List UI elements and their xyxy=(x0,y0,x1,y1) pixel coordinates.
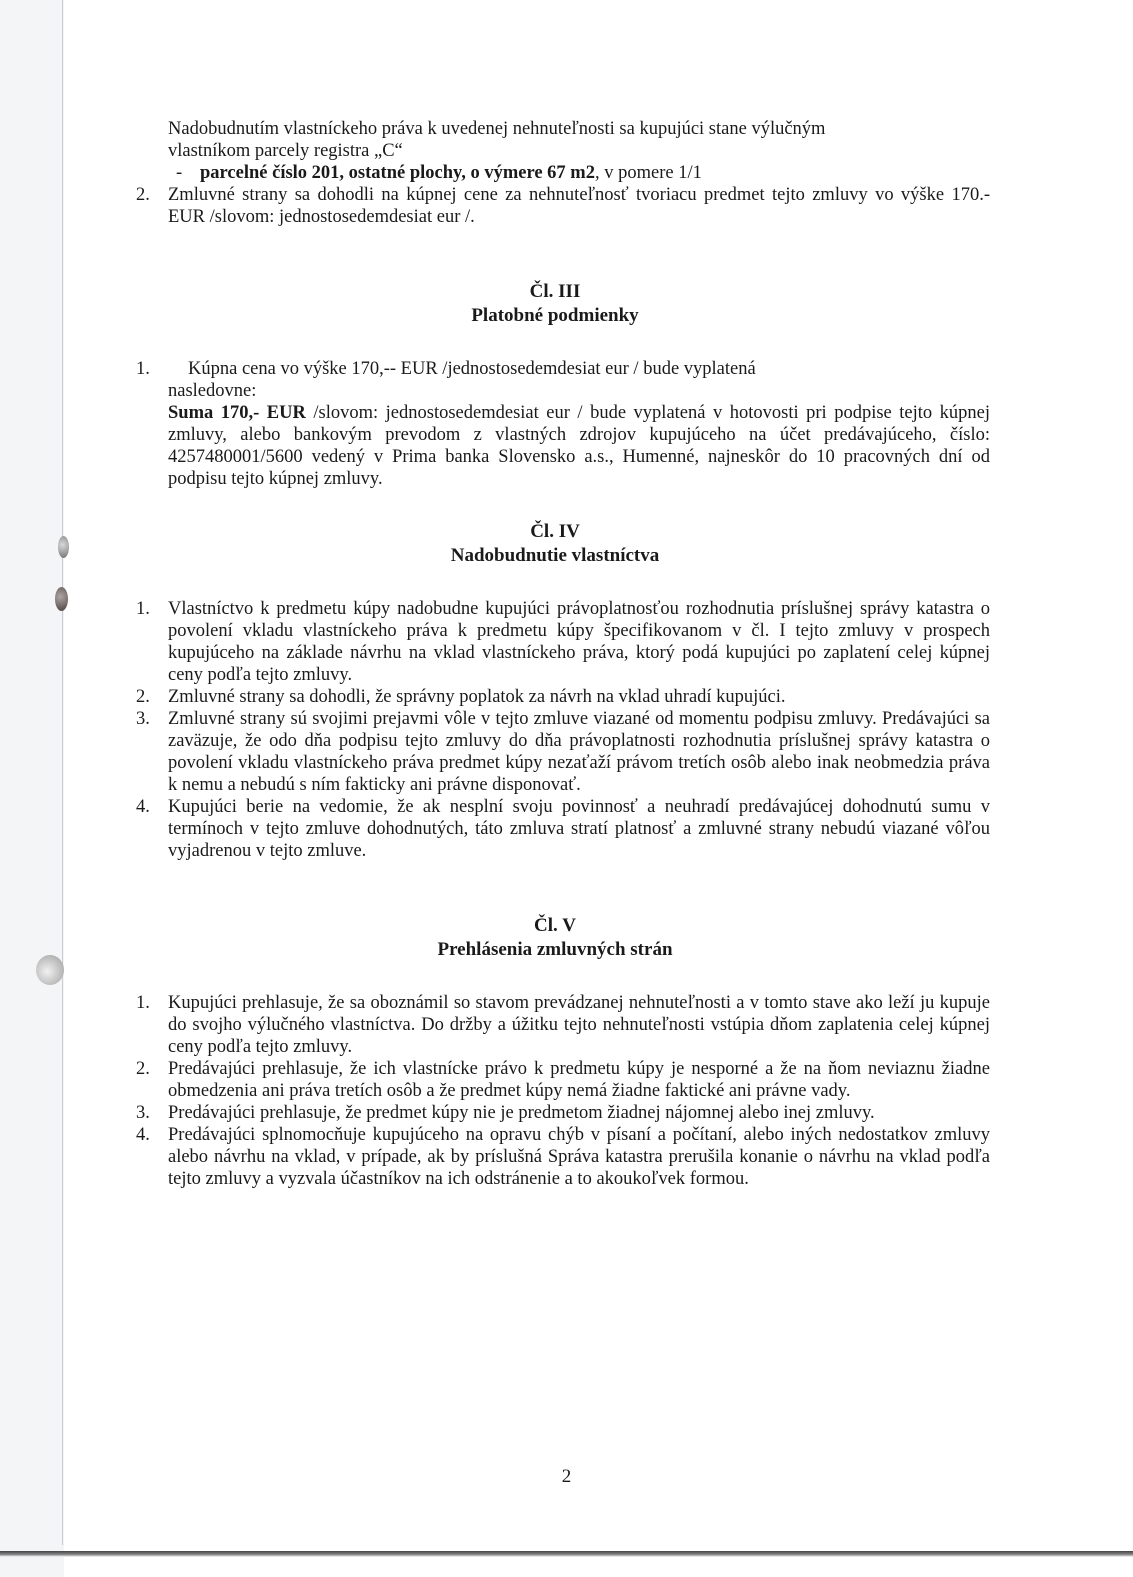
list-item: 2. Predávajúci prehlasuje, že ich vlastn… xyxy=(120,1058,990,1102)
item-number: 2. xyxy=(136,1058,150,1080)
item-text: Predávajúci splnomocňuje kupujúceho na o… xyxy=(168,1125,990,1189)
intro-line: Nadobudnutím vlastníckeho práva k uveden… xyxy=(120,118,990,140)
article-number: Čl. IV xyxy=(120,520,990,544)
article-number: Čl. III xyxy=(120,280,990,304)
section-4-list: 1. Vlastníctvo k predmetu kúpy nadobudne… xyxy=(120,598,990,862)
scan-left-margin xyxy=(0,0,64,1577)
item-text: Zmluvné strany sa dohodli, že správny po… xyxy=(168,687,786,707)
section-5-list: 1. Kupujúci prehlasuje, že sa oboznámil … xyxy=(120,992,990,1190)
item-text: Kupujúci berie na vedomie, že ak nesplní… xyxy=(168,797,990,861)
item-number: 1. xyxy=(136,992,150,1014)
list-item: 2. Zmluvné strany sa dohodli, že správny… xyxy=(120,686,990,708)
paper-edge-line xyxy=(62,0,63,1545)
item-number: 3. xyxy=(136,708,150,730)
list-item: 1. Vlastníctvo k predmetu kúpy nadobudne… xyxy=(120,598,990,686)
payment-clause: 1. Kúpna cena vo výške 170,-- EUR /jedno… xyxy=(120,358,990,490)
punch-hole-mark xyxy=(58,536,69,558)
price-clause: 2. Zmluvné strany sa dohodli na kúpnej c… xyxy=(120,184,990,228)
item-number: 1. xyxy=(136,358,150,380)
intro-paragraph: Nadobudnutím vlastníckeho práva k uveden… xyxy=(120,118,990,184)
item-number: 1. xyxy=(136,598,150,620)
item-number: 4. xyxy=(136,1124,150,1146)
item-text: Vlastníctvo k predmetu kúpy nadobudne ku… xyxy=(168,599,990,685)
paper-bottom-edge xyxy=(0,1551,1133,1557)
payment-line: Kúpna cena vo výške 170,-- EUR /jednosto… xyxy=(168,358,990,380)
item-text: Zmluvné strany sa dohodli na kúpnej cene… xyxy=(168,185,990,227)
item-text: Predávajúci prehlasuje, že predmet kúpy … xyxy=(168,1103,875,1123)
article-title: Nadobudnutie vlastníctva xyxy=(120,544,990,568)
parcel-details: parcelné číslo 201, ostatné plochy, o vý… xyxy=(200,163,595,183)
payment-sum: Suma 170,- EUR xyxy=(168,403,306,423)
document-page: Nadobudnutím vlastníckeho práva k uveden… xyxy=(120,118,990,1190)
item-text: Predávajúci prehlasuje, že ich vlastníck… xyxy=(168,1059,990,1101)
item-number: 2. xyxy=(136,686,150,708)
list-item: 1. Kupujúci prehlasuje, že sa oboznámil … xyxy=(120,992,990,1058)
item-number: 3. xyxy=(136,1102,150,1124)
item-number: 2. xyxy=(136,184,150,206)
article-title: Prehlásenia zmluvných strán xyxy=(120,938,990,962)
payment-line: nasledovne: xyxy=(168,380,990,402)
list-item: 4. Predávajúci splnomocňuje kupujúceho n… xyxy=(120,1124,990,1190)
punch-hole-mark xyxy=(36,955,64,985)
list-item: 3. Zmluvné strany sú svojimi prejavmi vô… xyxy=(120,708,990,796)
item-text: Kupujúci prehlasuje, že sa oboznámil so … xyxy=(168,993,990,1057)
article-number: Čl. V xyxy=(120,914,990,938)
article-title: Platobné podmienky xyxy=(120,304,990,328)
dash-bullet: - xyxy=(176,162,182,184)
item-number: 4. xyxy=(136,796,150,818)
list-item: 4. Kupujúci berie na vedomie, že ak nesp… xyxy=(120,796,990,862)
list-item: 3. Predávajúci prehlasuje, že predmet kú… xyxy=(120,1102,990,1124)
page-number: 2 xyxy=(0,1466,1133,1488)
intro-line: vlastníkom parcely registra „C“ xyxy=(120,140,990,162)
parcel-bullet: - parcelné číslo 201, ostatné plochy, o … xyxy=(120,162,990,184)
item-text: Zmluvné strany sú svojimi prejavmi vôle … xyxy=(168,709,990,795)
punch-hole-mark xyxy=(55,587,68,611)
parcel-ratio: , v pomere 1/1 xyxy=(595,163,702,183)
